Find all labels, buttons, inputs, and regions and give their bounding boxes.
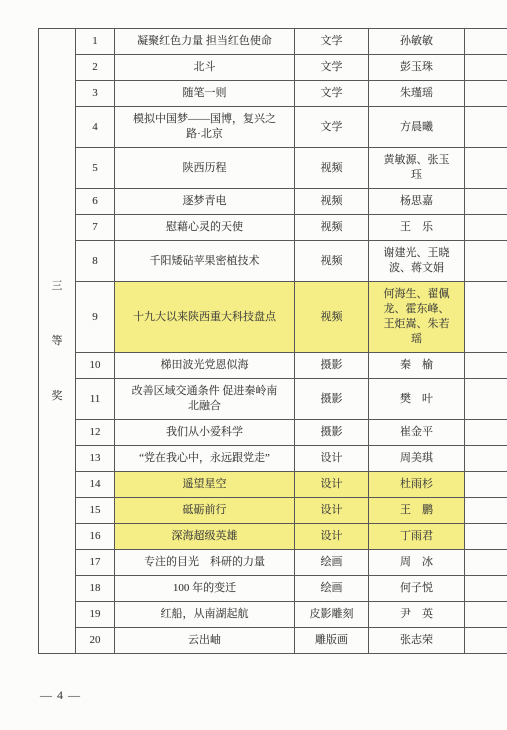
- table-row: 16深海超级英雄设计丁雨君: [39, 524, 507, 550]
- category-cell: 设计: [295, 446, 369, 472]
- category-cell: 视频: [295, 215, 369, 241]
- document-page: 三等奖1凝聚红色力量 担当红色使命文学孙敏敏2北斗文学彭玉珠3随笔一则文学朱瑾瑶…: [0, 0, 507, 730]
- page-number: — 4 —: [40, 688, 81, 703]
- row-number-cell: 13: [76, 446, 115, 472]
- awards-table-body: 三等奖1凝聚红色力量 担当红色使命文学孙敏敏2北斗文学彭玉珠3随笔一则文学朱瑾瑶…: [39, 29, 507, 654]
- row-number-cell: 8: [76, 241, 115, 282]
- empty-cell: [465, 602, 507, 628]
- work-title-cell: 凝聚红色力量 担当红色使命: [115, 29, 295, 55]
- work-title-cell: 千阳矮砧苹果密植技术: [115, 241, 295, 282]
- author-cell: 周美琪: [369, 446, 465, 472]
- empty-cell: [465, 107, 507, 148]
- empty-cell: [465, 215, 507, 241]
- empty-cell: [465, 282, 507, 353]
- category-cell: 视频: [295, 282, 369, 353]
- author-cell: 孙敏敏: [369, 29, 465, 55]
- table-row: 6逐梦青电视频杨思嘉: [39, 189, 507, 215]
- row-number-cell: 9: [76, 282, 115, 353]
- table-row: 19红船，从南湖起航皮影雕刻尹 英: [39, 602, 507, 628]
- table-row: 3随笔一则文学朱瑾瑶: [39, 81, 507, 107]
- work-title-cell: 红船，从南湖起航: [115, 602, 295, 628]
- row-number-cell: 15: [76, 498, 115, 524]
- table-row: 20云出岫雕版画张志荣: [39, 628, 507, 654]
- row-number-cell: 2: [76, 55, 115, 81]
- prize-char: 三: [52, 279, 63, 294]
- table-row: 13“党在我心中，永远跟党走”设计周美琪: [39, 446, 507, 472]
- empty-cell: [465, 55, 507, 81]
- author-cell: 杜雨杉: [369, 472, 465, 498]
- row-number-cell: 19: [76, 602, 115, 628]
- work-title-cell: 我们从小爱科学: [115, 420, 295, 446]
- row-number-cell: 6: [76, 189, 115, 215]
- work-title-cell: 十九大以来陕西重大科技盘点: [115, 282, 295, 353]
- row-number-cell: 4: [76, 107, 115, 148]
- work-title-cell: 逐梦青电: [115, 189, 295, 215]
- category-cell: 文学: [295, 107, 369, 148]
- work-title-cell: 专注的目光 科研的力量: [115, 550, 295, 576]
- row-number-cell: 10: [76, 353, 115, 379]
- row-number-cell: 1: [76, 29, 115, 55]
- table-row: 2北斗文学彭玉珠: [39, 55, 507, 81]
- empty-cell: [465, 524, 507, 550]
- category-cell: 视频: [295, 241, 369, 282]
- empty-cell: [465, 81, 507, 107]
- category-cell: 设计: [295, 498, 369, 524]
- author-cell: 樊 叶: [369, 379, 465, 420]
- table-row: 三等奖1凝聚红色力量 担当红色使命文学孙敏敏: [39, 29, 507, 55]
- prize-char: 奖: [52, 389, 63, 404]
- row-number-cell: 20: [76, 628, 115, 654]
- category-cell: 设计: [295, 472, 369, 498]
- work-title-cell: 随笔一则: [115, 81, 295, 107]
- prize-label-cell: 三等奖: [39, 29, 76, 654]
- empty-cell: [465, 420, 507, 446]
- table-row: 4模拟中国梦——国博，复兴之 路·北京文学方晨曦: [39, 107, 507, 148]
- work-title-cell: 北斗: [115, 55, 295, 81]
- table-row: 7慰藉心灵的天使视频王 乐: [39, 215, 507, 241]
- category-cell: 视频: [295, 189, 369, 215]
- empty-cell: [465, 472, 507, 498]
- table-row: 8千阳矮砧苹果密植技术视频谢建光、王晓 波、蒋文娟: [39, 241, 507, 282]
- row-number-cell: 18: [76, 576, 115, 602]
- category-cell: 摄影: [295, 379, 369, 420]
- table-row: 9十九大以来陕西重大科技盘点视频何海生、翟佩 龙、霍东峰、 王炬嵩、朱若 瑶: [39, 282, 507, 353]
- table-row: 5陕西历程视频黄敏源、张玉 珏: [39, 148, 507, 189]
- work-title-cell: 模拟中国梦——国博，复兴之 路·北京: [115, 107, 295, 148]
- author-cell: 张志荣: [369, 628, 465, 654]
- work-title-cell: 陕西历程: [115, 148, 295, 189]
- author-cell: 何子悦: [369, 576, 465, 602]
- table-row: 14遥望星空设计杜雨杉: [39, 472, 507, 498]
- empty-cell: [465, 241, 507, 282]
- work-title-cell: 梯田波光党恩似海: [115, 353, 295, 379]
- work-title-cell: 砥砺前行: [115, 498, 295, 524]
- row-number-cell: 17: [76, 550, 115, 576]
- author-cell: 杨思嘉: [369, 189, 465, 215]
- category-cell: 绘画: [295, 550, 369, 576]
- author-cell: 丁雨君: [369, 524, 465, 550]
- category-cell: 绘画: [295, 576, 369, 602]
- author-cell: 朱瑾瑶: [369, 81, 465, 107]
- empty-cell: [465, 29, 507, 55]
- table-row: 10梯田波光党恩似海摄影秦 榆: [39, 353, 507, 379]
- author-cell: 谢建光、王晓 波、蒋文娟: [369, 241, 465, 282]
- author-cell: 方晨曦: [369, 107, 465, 148]
- awards-table: 三等奖1凝聚红色力量 担当红色使命文学孙敏敏2北斗文学彭玉珠3随笔一则文学朱瑾瑶…: [38, 28, 507, 654]
- author-cell: 王 鹏: [369, 498, 465, 524]
- empty-cell: [465, 498, 507, 524]
- table-row: 12我们从小爱科学摄影崔金平: [39, 420, 507, 446]
- prize-label: 三等奖: [42, 279, 72, 404]
- author-cell: 黄敏源、张玉 珏: [369, 148, 465, 189]
- category-cell: 雕版画: [295, 628, 369, 654]
- empty-cell: [465, 148, 507, 189]
- category-cell: 文学: [295, 55, 369, 81]
- author-cell: 尹 英: [369, 602, 465, 628]
- work-title-cell: 100 年的变迁: [115, 576, 295, 602]
- row-number-cell: 3: [76, 81, 115, 107]
- empty-cell: [465, 628, 507, 654]
- author-cell: 王 乐: [369, 215, 465, 241]
- category-cell: 设计: [295, 524, 369, 550]
- category-cell: 皮影雕刻: [295, 602, 369, 628]
- prize-char: 等: [52, 334, 63, 349]
- table-row: 15砥砺前行设计王 鹏: [39, 498, 507, 524]
- row-number-cell: 14: [76, 472, 115, 498]
- table-row: 18100 年的变迁绘画何子悦: [39, 576, 507, 602]
- row-number-cell: 12: [76, 420, 115, 446]
- category-cell: 摄影: [295, 353, 369, 379]
- row-number-cell: 16: [76, 524, 115, 550]
- category-cell: 文学: [295, 29, 369, 55]
- author-cell: 何海生、翟佩 龙、霍东峰、 王炬嵩、朱若 瑶: [369, 282, 465, 353]
- empty-cell: [465, 446, 507, 472]
- empty-cell: [465, 189, 507, 215]
- work-title-cell: “党在我心中，永远跟党走”: [115, 446, 295, 472]
- table-row: 11改善区域交通条件 促进秦岭南 北融合摄影樊 叶: [39, 379, 507, 420]
- work-title-cell: 慰藉心灵的天使: [115, 215, 295, 241]
- author-cell: 彭玉珠: [369, 55, 465, 81]
- category-cell: 视频: [295, 148, 369, 189]
- category-cell: 摄影: [295, 420, 369, 446]
- table-row: 17专注的目光 科研的力量绘画周 冰: [39, 550, 507, 576]
- author-cell: 周 冰: [369, 550, 465, 576]
- work-title-cell: 云出岫: [115, 628, 295, 654]
- work-title-cell: 改善区域交通条件 促进秦岭南 北融合: [115, 379, 295, 420]
- row-number-cell: 11: [76, 379, 115, 420]
- empty-cell: [465, 576, 507, 602]
- author-cell: 秦 榆: [369, 353, 465, 379]
- category-cell: 文学: [295, 81, 369, 107]
- work-title-cell: 深海超级英雄: [115, 524, 295, 550]
- row-number-cell: 7: [76, 215, 115, 241]
- empty-cell: [465, 353, 507, 379]
- work-title-cell: 遥望星空: [115, 472, 295, 498]
- author-cell: 崔金平: [369, 420, 465, 446]
- empty-cell: [465, 550, 507, 576]
- row-number-cell: 5: [76, 148, 115, 189]
- empty-cell: [465, 379, 507, 420]
